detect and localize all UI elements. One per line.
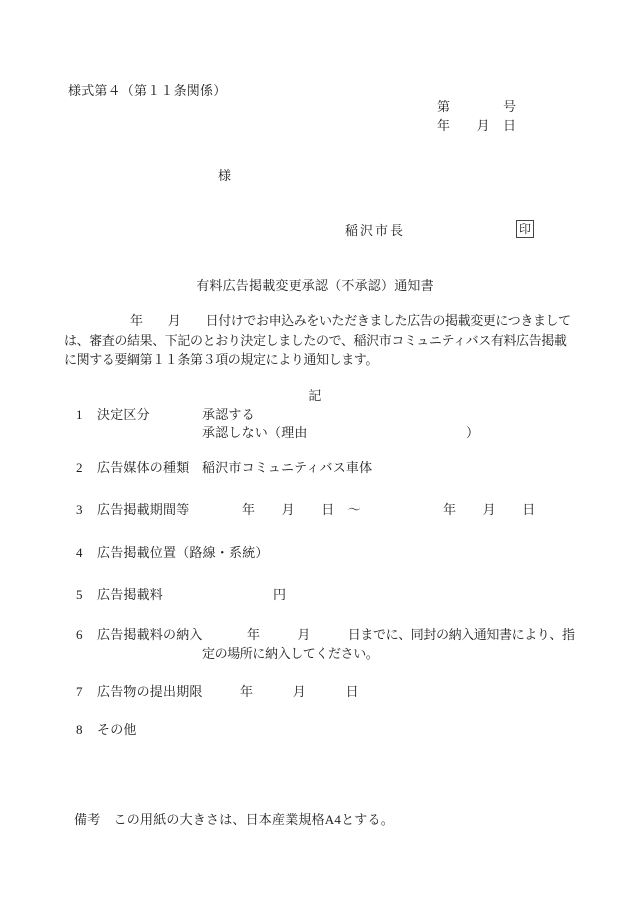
item-number: 6 <box>76 628 83 643</box>
item-number: 5 <box>76 588 83 603</box>
item-label: 広告掲載料の納入 <box>97 628 203 643</box>
item-value: 稲沢市コミュニティバス車体 <box>202 461 372 476</box>
addressee-honorific: 様 <box>218 169 231 184</box>
item-value-2: 承認しない（理由 ） <box>202 426 479 441</box>
item-label: 広告掲載位置（路線・系統） <box>97 546 269 561</box>
item-number: 4 <box>76 546 83 561</box>
item-number: 7 <box>76 685 83 700</box>
document-date: 年 月 日 <box>437 119 516 134</box>
document-page: 様式第４（第１１条関係） 第 号 年 月 日 様 稲沢市長 印 有料広告掲載変更… <box>0 0 630 903</box>
item-value: 円 <box>273 588 286 603</box>
list-header: 記 <box>0 389 630 404</box>
seal-mark: 印 <box>516 220 534 238</box>
item-value: 年 月 日 <box>240 685 359 700</box>
item-label: 広告物の提出期限 <box>97 685 203 700</box>
form-number: 様式第４（第１１条関係） <box>68 84 226 99</box>
item-value: 年 月 日までに、同封の納入通知書により、指 <box>247 628 575 643</box>
period-start: 年 月 日 ～ <box>242 503 361 518</box>
item-number: 1 <box>76 408 83 423</box>
document-number: 第 号 <box>437 100 516 115</box>
item-label: 広告媒体の種類 <box>97 461 189 476</box>
body-line-2: は、審査の結果、下記のとおり決定しましたので、稲沢市コミュニティバス有料広告掲載 <box>64 334 566 349</box>
item-value-2: 定の場所に納入してください。 <box>202 647 378 662</box>
item-number: 8 <box>76 723 83 738</box>
item-label: 広告掲載料 <box>97 588 163 603</box>
item-label: その他 <box>97 723 137 738</box>
item-number: 2 <box>76 461 83 476</box>
item-label: 決定区分 <box>97 408 150 423</box>
body-line-3: に関する要綱第１１条第３項の規定により通知します。 <box>64 353 378 368</box>
item-label: 広告掲載期間等 <box>97 503 189 518</box>
item-number: 3 <box>76 503 83 518</box>
body-line-1: 年 月 日付けでお申込みをいただきました広告の掲載変更につきまして <box>130 314 571 329</box>
sender-title: 稲沢市長 <box>345 224 405 239</box>
item-value: 承認する <box>202 408 255 423</box>
period-end: 年 月 日 <box>443 503 535 518</box>
remarks-note: 備考 この用紙の大きさは、日本産業規格A4とする。 <box>74 813 394 828</box>
document-title: 有料広告掲載変更承認（不承認）通知書 <box>0 279 630 294</box>
